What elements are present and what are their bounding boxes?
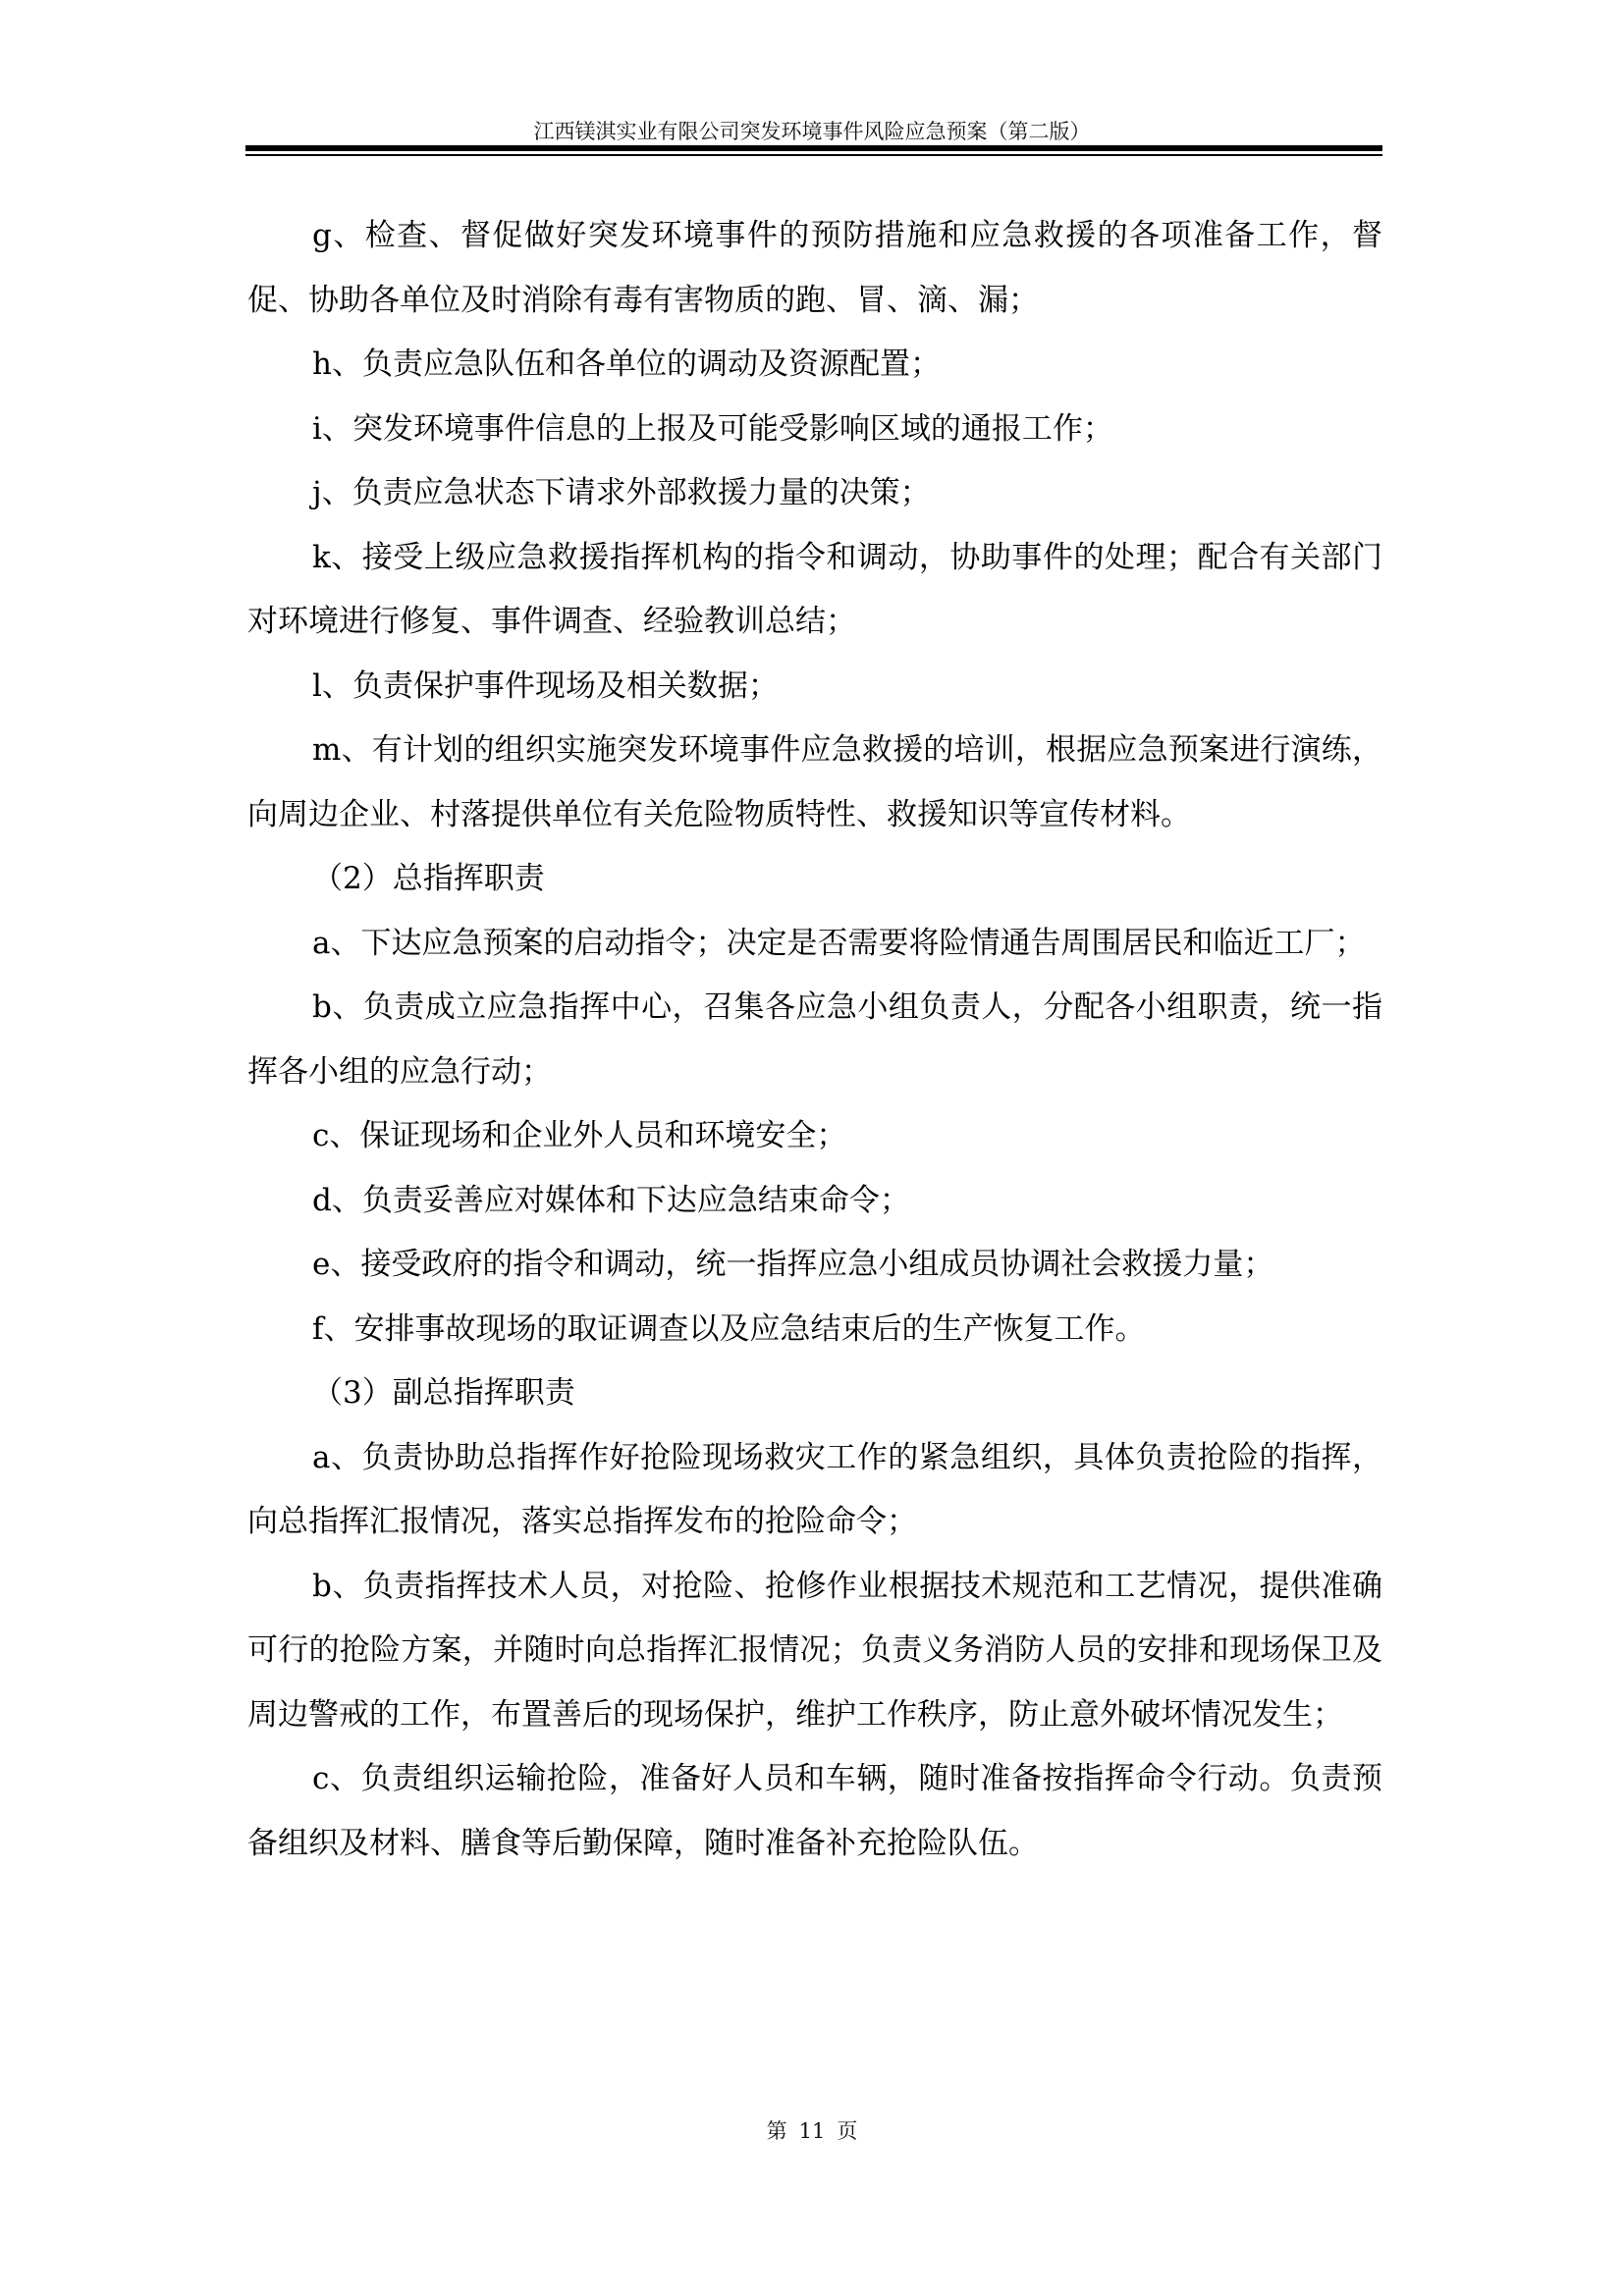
paragraph-l: l、负责保护事件现场及相关数据； [247,655,1382,720]
body-text: g、检查、督促做好突发环境事件的预防措施和应急救援的各项准备工作，督促、协助各单… [247,204,1382,1876]
paragraph-commander-e: e、接受政府的指令和调动，统一指挥应急小组成员协调社会救援力量； [247,1233,1382,1298]
paragraph-h: h、负责应急队伍和各单位的调动及资源配置； [247,333,1382,398]
paragraph-m: m、有计划的组织实施突发环境事件应急救援的培训，根据应急预案进行演练，向周边企业… [247,719,1382,847]
paragraph-g: g、检查、督促做好突发环境事件的预防措施和应急救援的各项准备工作，督促、协助各单… [247,204,1382,333]
paragraph-i: i、突发环境事件信息的上报及可能受影响区域的通报工作； [247,398,1382,462]
paragraph-deputy-c: c、负责组织运输抢险，准备好人员和车辆，随时准备按指挥命令行动。负责预备组织及材… [247,1747,1382,1876]
section-heading-commander: （2）总指挥职责 [247,847,1382,912]
paragraph-deputy-a: a、负责协助总指挥作好抢险现场救灾工作的紧急组织，具体负责抢险的指挥，向总指挥汇… [247,1426,1382,1555]
paragraph-deputy-b: b、负责指挥技术人员，对抢险、抢修作业根据技术规范和工艺情况，提供准确可行的抢险… [247,1555,1382,1748]
page-number: 11 [799,2119,826,2143]
page-footer: 第11页 [0,2115,1624,2145]
paragraph-commander-a: a、下达应急预案的启动指令；决定是否需要将险情通告周围居民和临近工厂； [247,912,1382,977]
header-title: 江西镁淇实业有限公司突发环境事件风险应急预案（第二版） [0,116,1624,145]
paragraph-j: j、负责应急状态下请求外部救援力量的决策； [247,461,1382,526]
header-rule-thin [245,154,1382,156]
document-page: 江西镁淇实业有限公司突发环境事件风险应急预案（第二版） g、检查、督促做好突发环… [0,0,1624,2296]
page-suffix: 页 [837,2119,857,2143]
paragraph-commander-d: d、负责妥善应对媒体和下达应急结束命令； [247,1169,1382,1234]
paragraph-commander-b: b、负责成立应急指挥中心，召集各应急小组负责人，分配各小组职责，统一指挥各小组的… [247,976,1382,1104]
section-heading-deputy-commander: （3）副总指挥职责 [247,1362,1382,1426]
paragraph-k: k、接受上级应急救援指挥机构的指令和调动，协助事件的处理；配合有关部门对环境进行… [247,526,1382,655]
page-prefix: 第 [767,2119,787,2143]
paragraph-commander-c: c、保证现场和企业外人员和环境安全； [247,1104,1382,1169]
paragraph-commander-f: f、安排事故现场的取证调查以及应急结束后的生产恢复工作。 [247,1298,1382,1362]
header-rule-thick [245,145,1382,151]
